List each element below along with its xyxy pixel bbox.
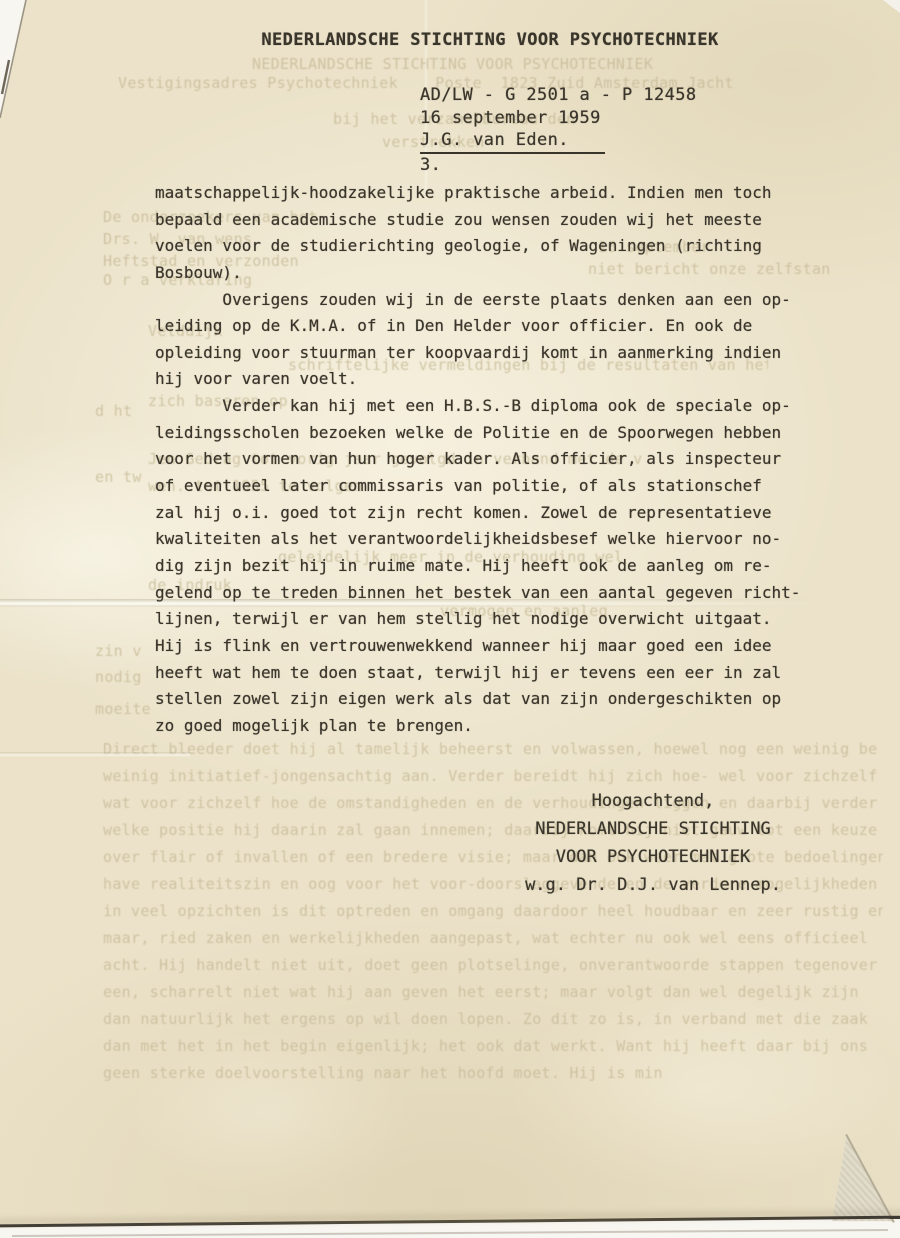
body-line: heeft wat hem te doen staat, terwijl hij… bbox=[155, 663, 800, 690]
signature-line: w.g. Dr. D.J. van Lennep. bbox=[497, 871, 809, 899]
body-line: zal hij o.i. goed tot zijn recht komen. … bbox=[155, 503, 800, 530]
ghost-text-line: d ht bbox=[95, 402, 143, 423]
ghost-text-line: geen sterke doelvoorstelling naar het ho… bbox=[103, 1064, 663, 1085]
letter-date: 16 september 1959 bbox=[420, 107, 697, 130]
letter-body: maatschappelijk-hoodzakelijke praktische… bbox=[155, 183, 800, 742]
ghost-text-line: en tw bbox=[95, 468, 147, 489]
body-line: Hij is flink en vertrouwenwekkend wannee… bbox=[155, 636, 800, 663]
body-line: leiding op de K.M.A. of in Den Helder vo… bbox=[155, 316, 800, 343]
ghost-text-line: dan met het in het begin eigenlijk; het … bbox=[103, 1037, 883, 1058]
body-line: Verder kan hij met een H.B.S.-B diploma … bbox=[155, 396, 800, 423]
bent-corner-top-left bbox=[0, 0, 140, 140]
reference-number: AD/LW - G 2501 a - P 12458 bbox=[420, 84, 697, 107]
reference-block: AD/LW - G 2501 a - P 12458 16 september … bbox=[420, 84, 697, 176]
ghost-text-line: in veel opzichten is dit optreden en omg… bbox=[103, 902, 883, 923]
body-line: lijnen, terwijl er van hem stellig het n… bbox=[155, 609, 800, 636]
ghost-text-line: weinig initiatief-jongensachtig aan. Ver… bbox=[103, 767, 883, 788]
ghost-text-line: een, scharrelt niet wat hij aan geven he… bbox=[103, 983, 883, 1004]
small-fold-crease bbox=[0, 752, 190, 757]
ghost-text-line: dan natuurlijk het ergens op wil doen lo… bbox=[103, 1010, 883, 1031]
addressee-name: J.G. van Eden. bbox=[420, 129, 605, 154]
body-line: dig zijn bezit hij in ruime mate. Hij he… bbox=[155, 556, 800, 583]
body-line: voor het vormen van hun hoger kader. Als… bbox=[155, 449, 800, 476]
body-line: kwaliteiten als het verantwoordelijkheid… bbox=[155, 529, 800, 556]
scanner-notch-top-right bbox=[883, 0, 900, 13]
body-line: stellen zowel zijn eigen werk als dat va… bbox=[155, 689, 800, 716]
closing-salutation: Hoogachtend, bbox=[497, 787, 809, 815]
body-line: hij voor varen voelt. bbox=[155, 369, 800, 396]
letterhead-organization: NEDERLANDSCHE STICHTING VOOR PSYCHOTECHN… bbox=[80, 30, 900, 50]
page-number: 3. bbox=[420, 154, 697, 177]
body-line: Overigens zouden wij in de eerste plaats… bbox=[155, 290, 800, 317]
ghost-text-line: maar, ried zaken en werkelijkheden aange… bbox=[103, 929, 883, 950]
closing-org-line1: NEDERLANDSCHE STICHTING bbox=[497, 815, 809, 843]
ghost-text-line: Direct bleeder doet hij al tamelijk behe… bbox=[103, 740, 883, 761]
body-line: of eventueel later commissaris van polit… bbox=[155, 476, 800, 503]
body-line: zo goed mogelijk plan te brengen. bbox=[155, 716, 800, 743]
closing-org-line2: VOOR PSYCHOTECHNIEK bbox=[497, 843, 809, 871]
body-line: Bosbouw). bbox=[155, 263, 800, 290]
body-line: leidingsscholen bezoeken welke de Politi… bbox=[155, 423, 800, 450]
closing-block: Hoogachtend, NEDERLANDSCHE STICHTING VOO… bbox=[497, 787, 809, 899]
body-line: gelend op te treden binnen het bestek va… bbox=[155, 583, 800, 610]
ghost-text-line: acht. Hij handelt niet uit, doet geen pl… bbox=[103, 956, 883, 977]
ghost-text-line: NEDERLANDSCHE STICHTING VOOR PSYCHOTECHN… bbox=[252, 55, 697, 76]
body-line: opleiding voor stuurman ter koopvaardij … bbox=[155, 343, 800, 370]
body-line: voelen voor de studierichting geologie, … bbox=[155, 236, 800, 263]
scanned-letter-page: NEDERLANDSCHE STICHTING VOOR PSYCHOTECHN… bbox=[0, 0, 900, 1238]
body-line: bepaald een academische studie zou wense… bbox=[155, 210, 800, 237]
body-line: maatschappelijk-hoodzakelijke praktische… bbox=[155, 183, 800, 210]
